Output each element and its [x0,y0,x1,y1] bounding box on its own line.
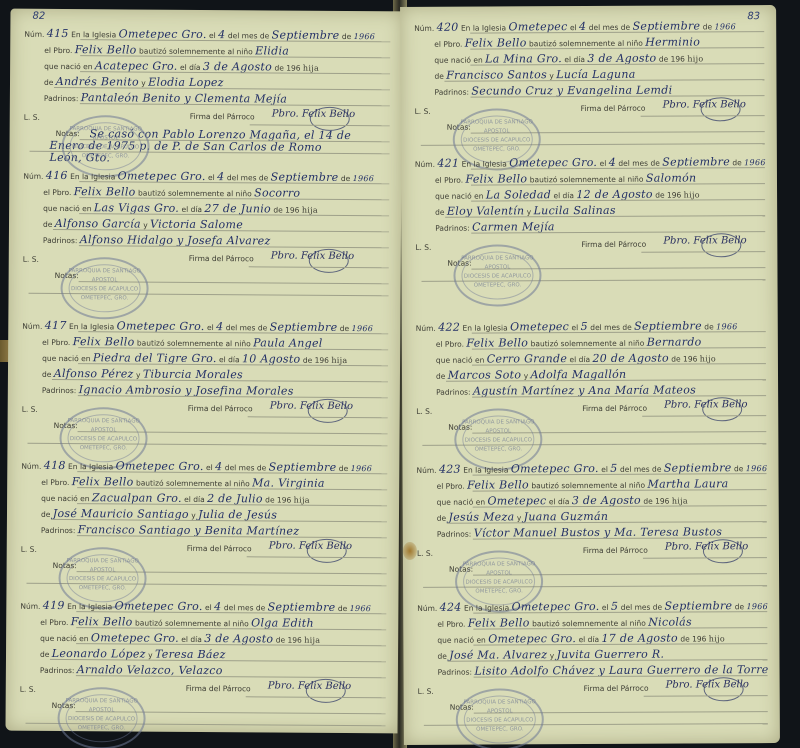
month-label: del mes de [224,603,265,612]
church-label: En la Iglesia [461,23,506,32]
month-label: del mes de [226,323,267,332]
num-label: Núm. [22,322,42,331]
month-label: del mes de [228,31,269,40]
priest-signature-label: Firma del Párroco [582,404,647,413]
num-label: Núm. [416,466,436,475]
day-label: el día [219,355,240,364]
priest-label: el Pbro. [40,618,68,627]
entry-number: 424 [440,601,462,614]
godparents-label: Padrinos: [437,530,472,539]
birth-year-label: de 196 [643,497,669,506]
parents-label: de [437,514,446,523]
birth-year-label: de 196 [273,205,299,214]
priest-label: el Pbro. [41,478,69,487]
godparents-label: Padrinos: [434,88,469,97]
signature-flourish [703,539,743,563]
el-label: el [601,465,608,474]
godparents-label: Padrinos: [42,386,77,395]
parents-label: de [43,220,52,229]
godparents-label: Padrinos: [436,388,471,397]
day-label: el día [564,55,585,64]
right-page: 83 Núm. 420 En la Iglesia Ometepec el 4 … [400,5,780,745]
num-label: Núm. [415,160,435,169]
ls-label: L. S. [416,407,432,416]
entry-number: 423 [439,463,461,476]
priest-label: el Pbro. [435,176,463,185]
priest-signature-label: Firma del Párroco [190,112,255,121]
num-label: Núm. [21,462,41,471]
church-label: En la Iglesia [71,30,116,39]
water-stain [403,542,417,560]
entry-number: 417 [45,319,67,332]
entry-number: 420 [437,21,459,34]
baptism-year: 1966 [714,22,736,31]
church-label: En la Iglesia [70,172,115,181]
and-label: y [136,371,141,380]
parish-seal-stamp: PARROQUIA DE SANTIAGO APOSTOL DIOCESIS D… [456,688,544,748]
month-label: del mes de [590,323,631,332]
el-label: el [207,323,214,332]
baptism-entry: Núm. 416 En la Iglesia Ometepec Gro. el … [9,169,401,172]
day-label: el día [553,191,574,200]
baptism-year: 1966 [352,324,374,333]
year-label: de [703,22,712,31]
born-in-label: que nació en [42,354,90,363]
born-in-label: que nació en [437,636,485,645]
filiation: hija [302,206,318,215]
priest-label: el Pbro. [437,482,465,491]
entry-number: 415 [47,27,69,40]
page-number: 82 [32,11,45,22]
baptism-entry: Núm. 418 En la Iglesia Ometepec Gro. el … [7,459,399,462]
year-label: de [339,464,348,473]
baptism-entry: Núm. 415 En la Iglesia Ometepec Gro. el … [10,27,402,30]
and-label: y [527,207,532,216]
parents-label: de [42,370,51,379]
baptism-entry: Núm. 417 En la Iglesia Ometepec Gro. el … [8,319,400,322]
entry-number: 422 [438,321,460,334]
filiation: hijo [684,190,700,199]
day-label: el día [570,355,591,364]
day-label: el día [184,495,205,504]
birth-year-label: de 196 [680,634,706,643]
month-label: del mes de [621,603,662,612]
ls-label: L. S. [415,243,431,252]
filiation: hija [672,496,688,505]
filiation: hijo [687,54,703,63]
baptism-year: 1966 [354,32,376,41]
priest-signature-label: Firma del Párroco [187,544,252,553]
year-label: de [735,602,744,611]
church-label: En la Iglesia [463,465,508,474]
parents-label: de [435,208,444,217]
baptism-entry: Núm. 420 En la Iglesia Ometepec el 4 del… [400,19,776,21]
ls-label: L. S. [20,685,36,694]
birth-year-label: de 196 [276,636,302,645]
born-in-label: que nació en [434,56,482,65]
year-label: de [732,158,741,167]
num-label: Núm. [20,602,40,611]
and-label: y [143,221,148,230]
parents-label: de [437,652,446,661]
signature-flourish [701,233,741,257]
entry-number: 416 [46,169,68,182]
day-label: el día [579,635,600,644]
filiation: hijo [700,354,716,363]
born-in-label: que nació en [435,192,483,201]
year-label: de [338,604,347,613]
born-in-label: que nació en [44,62,92,71]
parents-label: de [44,78,53,87]
num-label: Núm. [24,30,44,39]
and-label: y [524,371,529,380]
year-label: de [342,32,351,41]
signature-flourish [308,399,348,423]
ls-label: L. S. [24,113,40,122]
birth-year-label: de 196 [655,191,681,200]
priest-label: el Pbro. [434,40,462,49]
and-label: y [549,71,554,80]
baptism-year: 1966 [744,158,766,167]
parish-seal-stamp: PARROQUIA DE SANTIAGO APOSTOL DIOCESIS D… [60,257,148,320]
born-in-label: que nació en [41,494,89,503]
day-label: el día [549,497,570,506]
filiation: hija [304,636,320,645]
num-label: Núm. [23,172,43,181]
ls-label: L. S. [21,545,37,554]
num-label: Núm. [416,324,436,333]
baptism-year: 1966 [746,464,768,473]
priest-signature-label: Firma del Párroco [581,240,646,249]
godparents-label: Padrinos: [438,668,473,677]
and-label: y [517,513,522,522]
parents-label: de [40,650,49,659]
baptism-entry: Núm. 421 En la Iglesia Ometepec Gro. el … [401,155,777,157]
signature-flourish [701,97,741,121]
priest-signature-label: Firma del Párroco [186,684,251,693]
filiation: hija [331,356,347,365]
day-label: el día [181,205,202,214]
ls-label: L. S. [418,687,434,696]
priest-signature-label: Firma del Párroco [584,684,649,693]
month-label: del mes de [618,159,659,168]
year-label: de [704,322,713,331]
priest-signature-label: Firma del Párroco [583,546,648,555]
birth-year-label: de 196 [274,63,300,72]
el-label: el [205,603,212,612]
priest-label: el Pbro. [44,46,72,55]
filiation: hija [303,64,319,73]
born-in-label: que nació en [43,204,91,213]
church-label: En la Iglesia [67,602,112,611]
signature-flourish [309,249,349,273]
signature-flourish [307,539,347,563]
num-label: Núm. [414,24,434,33]
baptism-entry: Núm. 419 En la Iglesia Ometepec Gro. el … [6,599,398,602]
birth-year-label: de 196 [303,356,329,365]
entry-number: 419 [43,599,65,612]
el-label: el [602,603,609,612]
filiation: hija [294,496,310,505]
signature-flourish [702,397,742,421]
day-label: el día [180,63,201,72]
godparents-label: Padrinos: [435,224,470,233]
priest-signature-label: Firma del Párroco [581,104,646,113]
signature-flourish [704,677,744,701]
church-label: En la Iglesia [462,159,507,168]
priest-signature-label: Firma del Párroco [189,254,254,263]
baptism-year: 1966 [351,464,373,473]
birth-year-label: de 196 [659,54,685,63]
parish-seal-stamp: PARROQUIA DE SANTIAGO APOSTOL DIOCESIS D… [453,244,541,306]
baptism-entry: Núm. 422 En la Iglesia Ometepec el 5 del… [402,319,778,321]
el-label: el [570,23,577,32]
year-label: de [340,324,349,333]
year-label: de [341,174,350,183]
priest-label: el Pbro. [437,620,465,629]
baptism-year: 1966 [353,174,375,183]
baptism-entry: Núm. 424 En la Iglesia Ometepec Gro. el … [403,599,779,601]
filiation: hijo [709,634,725,643]
el-label: el [600,159,607,168]
parents-label: de [436,372,445,381]
ls-label: L. S. [22,405,38,414]
month-label: del mes de [227,173,268,182]
month-label: del mes de [620,465,661,474]
baptism-year: 1966 [350,604,372,613]
entry-number: 418 [44,459,66,472]
and-label: y [141,79,146,88]
ls-label: L. S. [23,255,39,264]
priest-signature-label: Firma del Párroco [188,404,253,413]
parents-label: de [41,510,50,519]
priest-label: el Pbro. [42,338,70,347]
birth-year-label: de 196 [265,495,291,504]
el-label: el [209,31,216,40]
baptism-entry: Núm. 423 En la Iglesia Ometepec Gro. el … [402,461,778,463]
baptism-year: 1966 [716,322,738,331]
and-label: y [191,511,196,520]
el-label: el [206,463,213,472]
month-label: del mes de [225,463,266,472]
church-label: En la Iglesia [462,323,507,332]
church-label: En la Iglesia [69,322,114,331]
month-label: del mes de [589,23,630,32]
el-label: el [571,323,578,332]
born-in-label: que nació en [40,634,88,643]
godparents-label: Padrinos: [44,94,79,103]
and-label: y [550,651,555,660]
godparents-label: Padrinos: [41,526,76,535]
day-label: el día [181,635,202,644]
born-in-label: que nació en [437,498,485,507]
church-label: En la Iglesia [464,603,509,612]
signature-flourish [310,107,350,131]
year-label: de [734,464,743,473]
signature-flourish [306,679,346,703]
priest-label: el Pbro. [436,340,464,349]
church-label: En la Iglesia [68,462,113,471]
entry-number: 421 [437,157,459,170]
ls-label: L. S. [415,107,431,116]
godparents-label: Padrinos: [43,236,78,245]
page-number: 83 [747,11,760,22]
and-label: y [148,651,153,660]
ls-label: L. S. [417,549,433,558]
born-in-label: que nació en [436,356,484,365]
baptism-year: 1966 [746,602,768,611]
parents-label: de [434,72,443,81]
num-label: Núm. [417,604,437,613]
priest-label: el Pbro. [43,188,71,197]
parish-seal-stamp: PARROQUIA DE SANTIAGO APOSTOL DIOCESIS D… [57,687,145,748]
el-label: el [208,173,215,182]
left-page: 82 Núm. 415 En la Iglesia Ometepec Gro. … [5,9,402,734]
godparents-label: Padrinos: [40,666,75,675]
birth-year-label: de 196 [671,354,697,363]
open-register-book: 82 Núm. 415 En la Iglesia Ometepec Gro. … [0,0,800,748]
